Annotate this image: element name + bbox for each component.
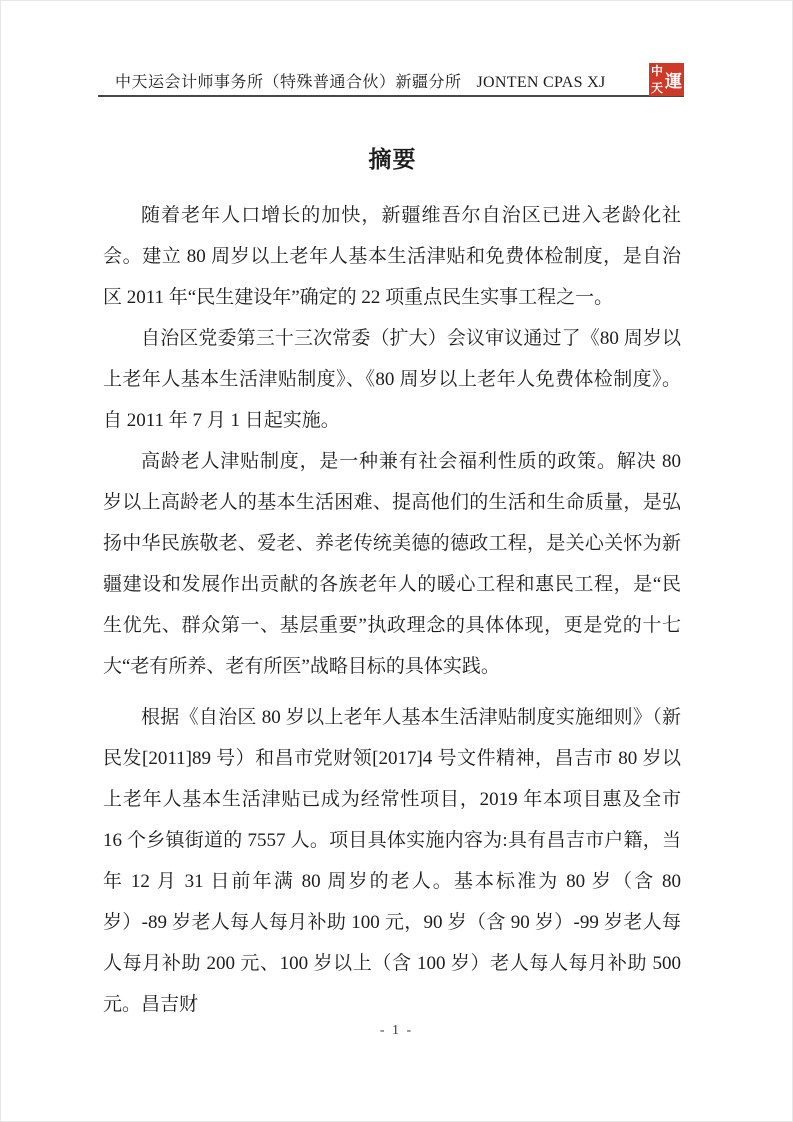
abstract-body: 随着老年人口增长的加快，新疆维吾尔自治区已进入老龄化社会。建立 80 周岁以上老… xyxy=(103,195,681,1025)
page-title: 摘要 xyxy=(101,141,684,174)
page-footer: - 1 - xyxy=(1,1023,792,1039)
firm-name-english: JONTEN CPAS XJ xyxy=(477,74,606,92)
abstract-paragraph-1: 随着老年人口增长的加快，新疆维吾尔自治区已进入老龄化社会。建立 80 周岁以上老… xyxy=(103,195,681,318)
firm-name-chinese: 中天运会计师事务所（特殊普通合伙）新疆分所 xyxy=(115,74,462,92)
abstract-paragraph-3: 高龄老人津贴制度，是一种兼有社会福利性质的政策。解决 80 岁以上高龄老人的基本… xyxy=(103,441,681,687)
seal-left-column: 中 天 xyxy=(650,64,664,95)
seal-char-right: 運 xyxy=(664,64,683,95)
seal-char-bottom-left: 天 xyxy=(651,81,663,95)
page-number: - 1 - xyxy=(380,1023,413,1038)
document-page: 中天运会计师事务所（特殊普通合伙）新疆分所 JONTEN CPAS XJ 中 天… xyxy=(0,0,793,1122)
abstract-paragraph-4: 根据《自治区 80 岁以上老年人基本生活津贴制度实施细则》（新民发[2011]8… xyxy=(103,697,681,1025)
company-seal-stamp: 中 天 運 xyxy=(649,63,684,96)
seal-char-top-left: 中 xyxy=(651,64,663,78)
page-header: 中天运会计师事务所（特殊普通合伙）新疆分所 JONTEN CPAS XJ xyxy=(98,61,684,97)
abstract-paragraph-2: 自治区党委第三十三次常委（扩大）会议审议通过了《80 周岁以上老年人基本生活津贴… xyxy=(103,318,681,441)
